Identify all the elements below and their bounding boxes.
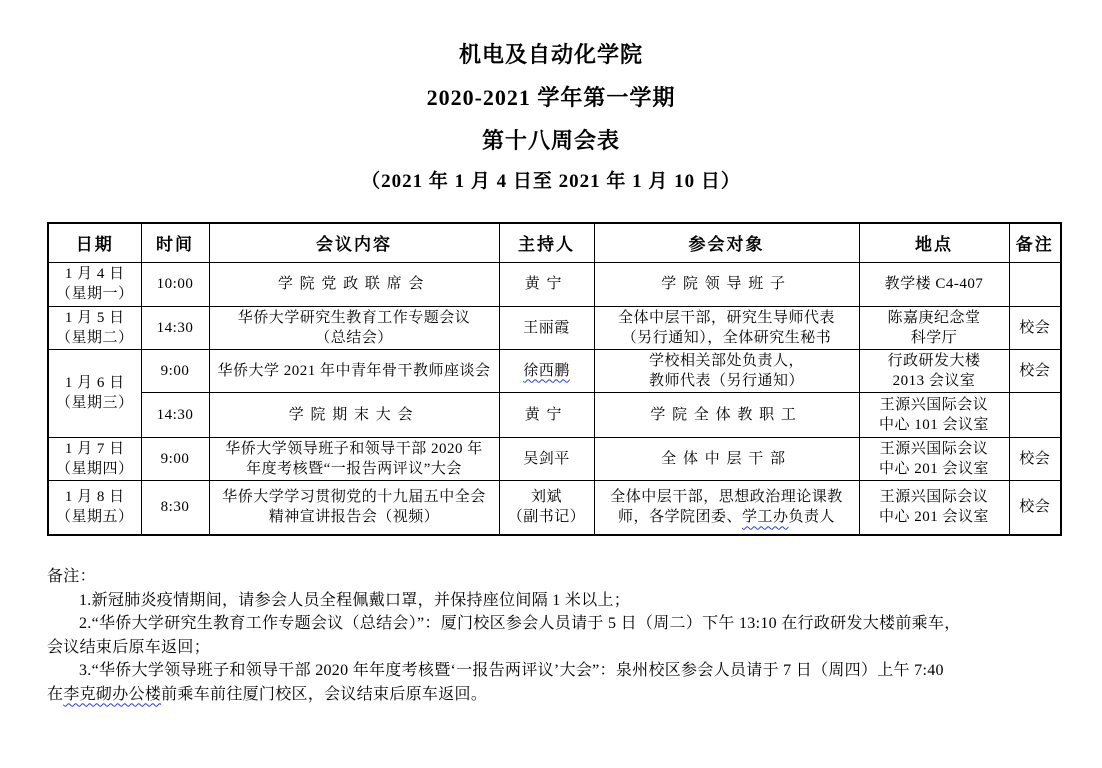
col-header-content: 会议内容 [209,223,499,262]
date-cell: 1 月 8 日（星期五） [48,480,141,535]
date-cell: 1 月 6 日（星期三） [48,349,141,437]
schedule-table: 日期 时间 会议内容 主持人 参会对象 地点 备注 1 月 4 日（星期一）10… [47,222,1062,536]
remark-cell: 校会 [1009,480,1061,535]
col-header-time: 时间 [141,223,209,262]
time-cell: 9:00 [141,437,209,480]
time-cell: 8:30 [141,480,209,535]
content-cell: 学院党政联席会 [209,262,499,306]
col-header-date: 日期 [48,223,141,262]
attendees-cell: 全体中层干部，研究生导师代表（另行通知），全体研究生秘书 [594,306,859,349]
title-semester: 2020-2021 学年第一学期 [0,76,1102,119]
location-cell: 王源兴国际会议中心 201 会议室 [859,480,1009,535]
schedule-table-body: 1 月 4 日（星期一）10:00学院党政联席会黄宁学院领导班子教学楼 C4-4… [48,262,1061,535]
date-cell: 1 月 7 日（星期四） [48,437,141,480]
notes-section: 备注： 1.新冠肺炎疫情期间，请参会人员全程佩戴口罩，并保持座位间隔 1 米以上… [47,565,1062,706]
document-header: 机电及自动化学院 2020-2021 学年第一学期 第十八周会表 （2021 年… [0,0,1102,202]
host-cell: 徐西鹏 [499,349,594,392]
spellcheck-underline: 学工办 [742,509,789,525]
date-cell: 1 月 5 日（星期二） [48,306,141,349]
note-item: 3.“华侨大学领导班子和领导干部 2020 年年度考核暨‘一报告两评议’大会”：… [47,659,1062,706]
content-cell: 学院期末大会 [209,392,499,437]
content-cell: 华侨大学 2021 年中青年骨干教师座谈会 [209,349,499,392]
content-cell: 华侨大学学习贯彻党的十九届五中全会精神宣讲报告会（视频） [209,480,499,535]
table-row: 1 月 5 日（星期二）14:30华侨大学研究生教育工作专题会议（总结会）王丽霞… [48,306,1061,349]
attendees-cell: 全体中层干部，思想政治理论课教师，各学院团委、学工办负责人 [594,480,859,535]
host-cell: 王丽霞 [499,306,594,349]
date-cell: 1 月 4 日（星期一） [48,262,141,306]
spellcheck-underline: 李克砌办公楼 [63,686,161,703]
host-cell: 黄宁 [499,262,594,306]
table-row: 1 月 7 日（星期四）9:00华侨大学领导班子和领导干部 2020 年年度考核… [48,437,1061,480]
note-item: 1.新冠肺炎疫情期间，请参会人员全程佩戴口罩，并保持座位间隔 1 米以上； [47,589,1062,613]
remark-cell: 校会 [1009,306,1061,349]
attendees-cell: 学院领导班子 [594,262,859,306]
notes-list: 1.新冠肺炎疫情期间，请参会人员全程佩戴口罩，并保持座位间隔 1 米以上；2.“… [47,589,1062,707]
table-row: 1 月 8 日（星期五）8:30华侨大学学习贯彻党的十九届五中全会精神宣讲报告会… [48,480,1061,535]
table-row: 14:30学院期末大会黄宁学院全体教职工王源兴国际会议中心 101 会议室 [48,392,1061,437]
schedule-table-head: 日期 时间 会议内容 主持人 参会对象 地点 备注 [48,223,1061,262]
time-cell: 10:00 [141,262,209,306]
attendees-cell: 学院全体教职工 [594,392,859,437]
host-cell: 黄宁 [499,392,594,437]
location-cell: 王源兴国际会议中心 101 会议室 [859,392,1009,437]
title-week: 第十八周会表 [0,119,1102,162]
location-cell: 行政研发大楼2013 会议室 [859,349,1009,392]
table-row: 1 月 4 日（星期一）10:00学院党政联席会黄宁学院领导班子教学楼 C4-4… [48,262,1061,306]
remark-cell [1009,262,1061,306]
remark-cell [1009,392,1061,437]
notes-title: 备注： [47,565,1062,589]
host-cell: 吴剑平 [499,437,594,480]
location-cell: 教学楼 C4-407 [859,262,1009,306]
host-cell: 刘斌（副书记） [499,480,594,535]
col-header-host: 主持人 [499,223,594,262]
location-cell: 陈嘉庚纪念堂科学厅 [859,306,1009,349]
content-cell: 华侨大学研究生教育工作专题会议（总结会） [209,306,499,349]
col-header-location: 地点 [859,223,1009,262]
attendees-cell: 学校相关部处负责人，教师代表（另行通知） [594,349,859,392]
time-cell: 14:30 [141,392,209,437]
col-header-remark: 备注 [1009,223,1061,262]
table-row: 1 月 6 日（星期三）9:00华侨大学 2021 年中青年骨干教师座谈会徐西鹏… [48,349,1061,392]
col-header-attendees: 参会对象 [594,223,859,262]
content-cell: 华侨大学领导班子和领导干部 2020 年年度考核暨“一报告两评议”大会 [209,437,499,480]
header-row: 日期 时间 会议内容 主持人 参会对象 地点 备注 [48,223,1061,262]
attendees-cell: 全体中层干部 [594,437,859,480]
time-cell: 9:00 [141,349,209,392]
location-cell: 王源兴国际会议中心 201 会议室 [859,437,1009,480]
time-cell: 14:30 [141,306,209,349]
remark-cell: 校会 [1009,349,1061,392]
remark-cell: 校会 [1009,437,1061,480]
document-page: 机电及自动化学院 2020-2021 学年第一学期 第十八周会表 （2021 年… [0,0,1102,768]
spellcheck-underline: 徐西鹏 [523,363,570,379]
title-date-range: （2021 年 1 月 4 日至 2021 年 1 月 10 日） [0,162,1102,202]
note-item: 2.“华侨大学研究生教育工作专题会议（总结会）”：厦门校区参会人员请于 5 日（… [47,612,1062,659]
title-college: 机电及自动化学院 [0,33,1102,76]
